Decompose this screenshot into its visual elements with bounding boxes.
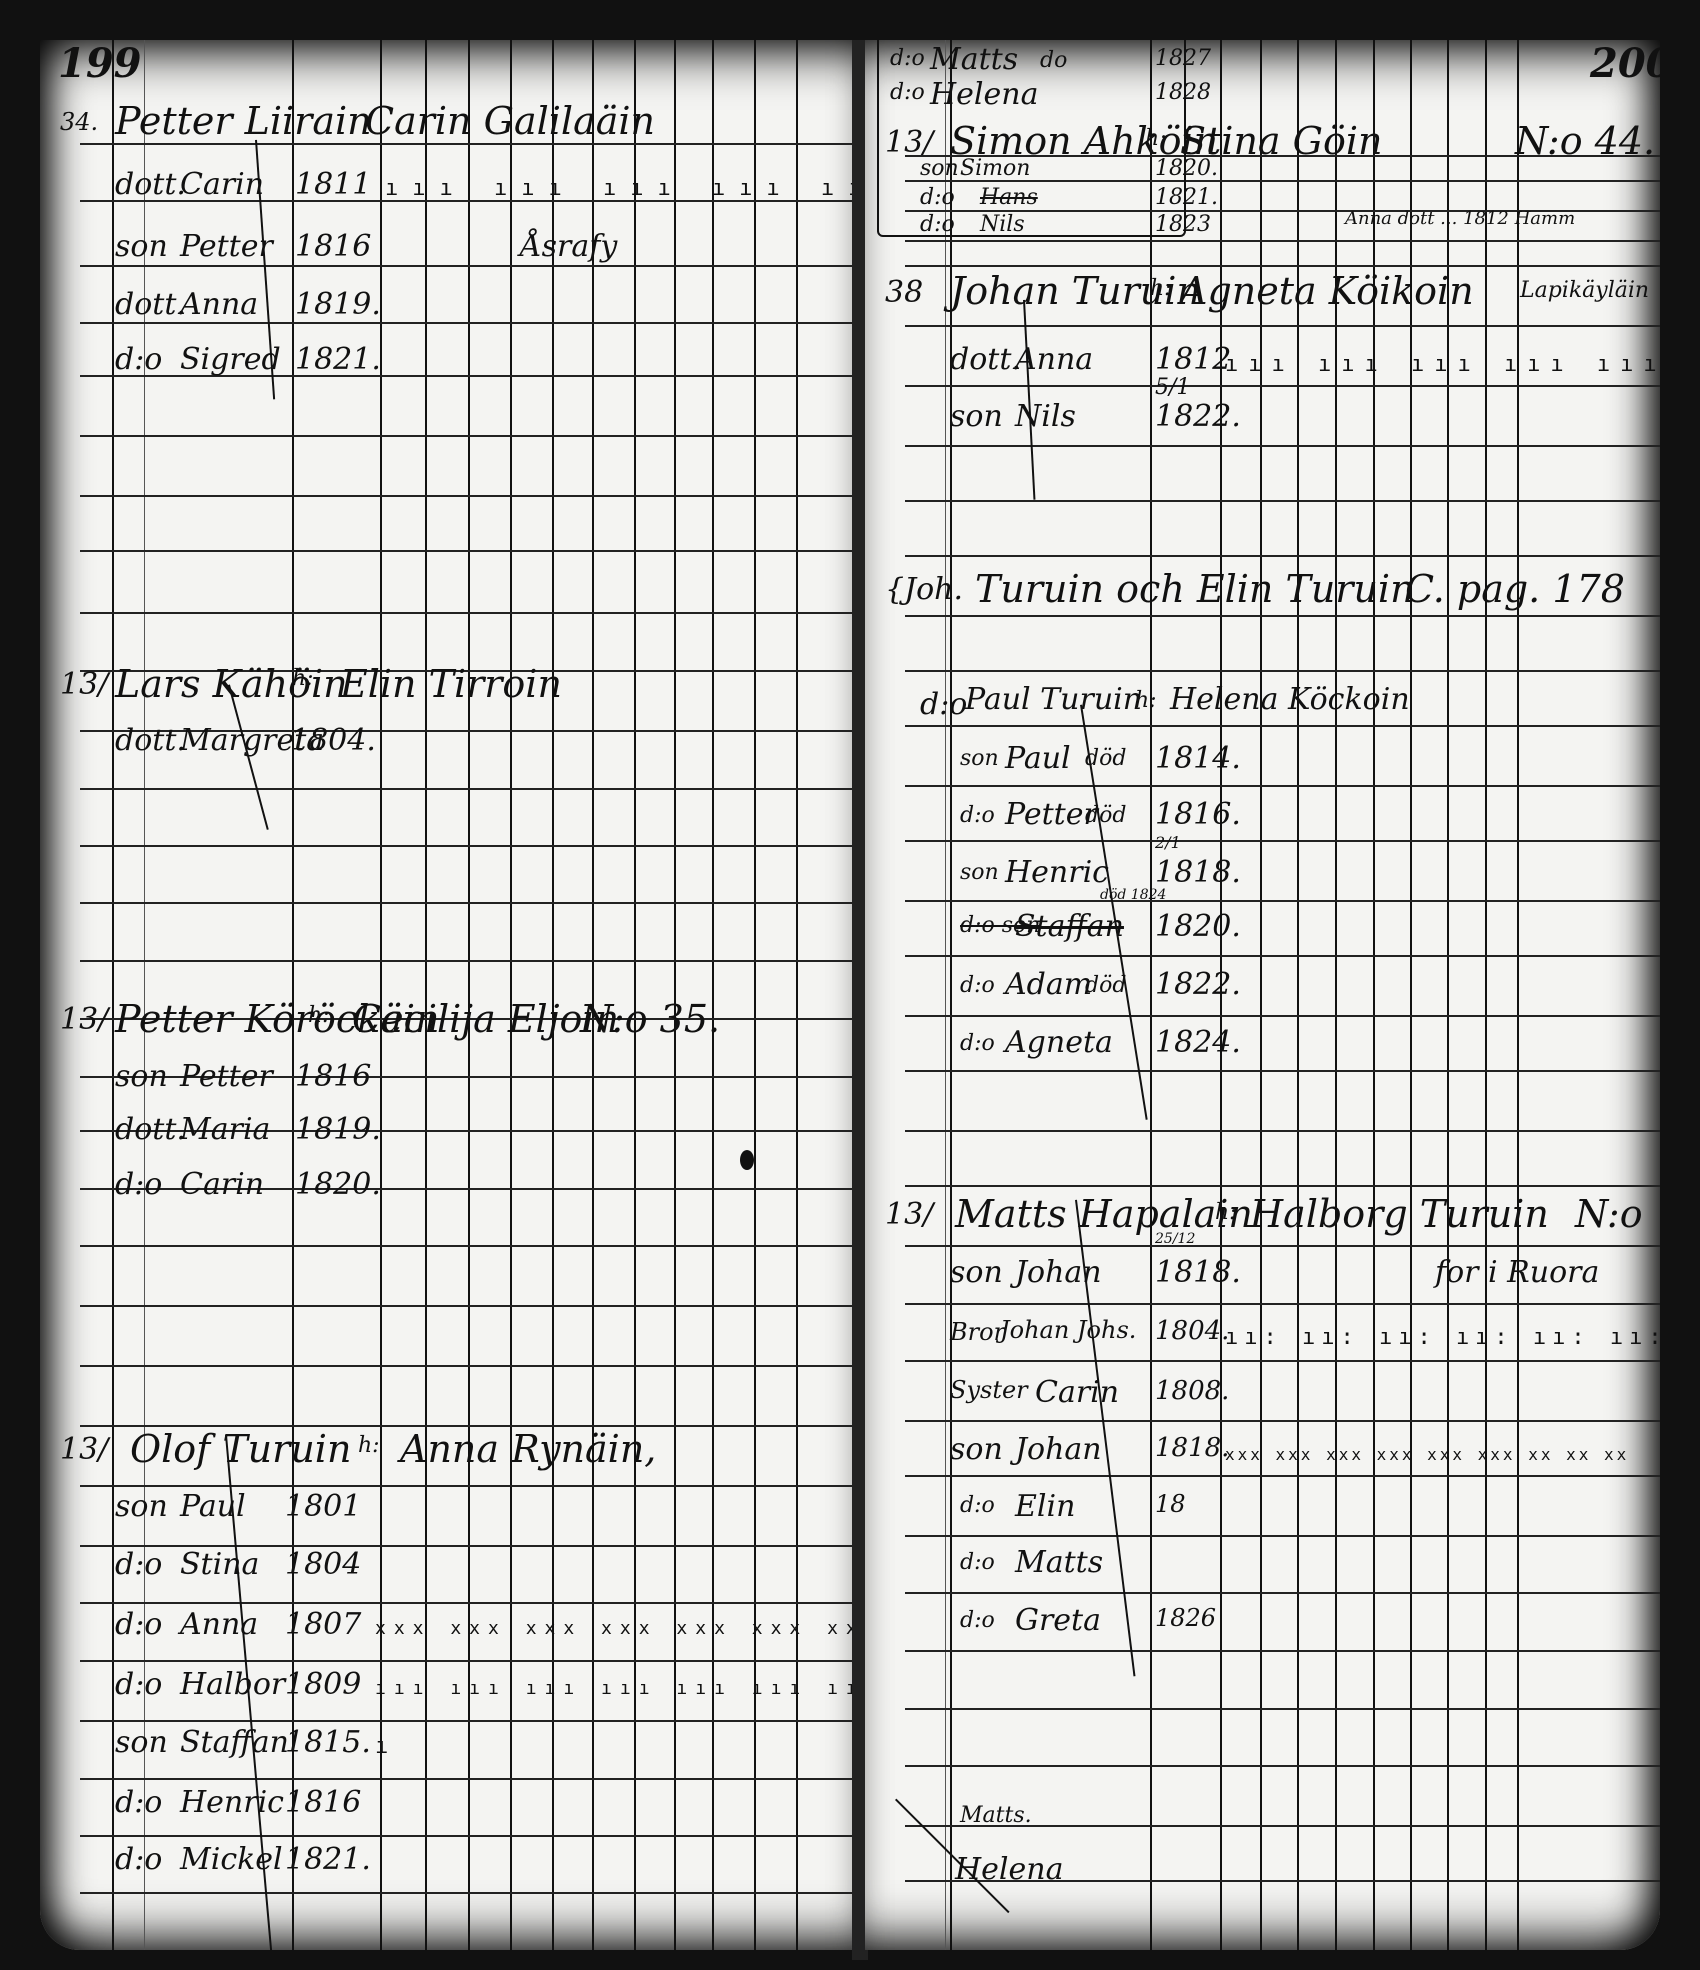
member-relation: d:o [960,975,995,997]
household-marker: 13/ [60,1435,108,1465]
column-rule [468,40,470,1950]
column-rule [510,40,512,1950]
member-relation: son [960,862,999,884]
page-number: 199 [58,40,142,87]
spouse-prefix: h: [292,668,314,690]
household-note: Lapikäyläin [1520,280,1649,302]
member-year: 1816 [295,1062,371,1092]
member-name: Elin [1015,1492,1075,1522]
member-year: 1821. [1155,187,1218,209]
member-name: Agneta [1005,1028,1113,1058]
household-head: Olof Turuin [130,1430,351,1468]
spouse-prefix: h: [1135,690,1157,712]
household-spouse: Cecilija Eljoin [352,1000,619,1038]
member-relation: son [115,232,168,262]
member-year: 1809 [285,1670,361,1700]
household-marker: 13/ [60,1005,108,1035]
member-relation: d:o [115,1845,162,1875]
footer-name: Helena [955,1855,1063,1885]
tally-marks: xxx xxx xxx xxx xxx xxx xxx ııı [375,1618,855,1639]
column-rule [796,40,798,1950]
member-relation: d:o [960,1033,995,1055]
member-relation: dott. [115,290,186,320]
member-note: Åsrafy [520,232,617,262]
column-rule [754,40,756,1950]
column-rule [112,40,114,1950]
member-fraction: 5/1 [1155,377,1190,399]
member-name: Matts [1015,1548,1103,1578]
member-fraction: 25/12 [1155,1232,1195,1246]
reference-marker: {Joh. [885,575,963,605]
member-name: Sigred [180,345,281,375]
household-marker: 34. [60,110,98,134]
member-year: 1804. [1155,1318,1229,1344]
member-name: Staffan [180,1728,289,1758]
member-year: 1819. [295,1115,381,1145]
member-year: 1804. [290,726,376,756]
member-name: Johan [1015,1258,1102,1288]
member-relation: d:o [115,1550,162,1580]
column-rule [144,40,145,1950]
member-relation: dott. [115,170,186,200]
member-name: Petter [180,232,273,262]
member-relation: son [950,1258,1003,1288]
household-number: N:o 44. [1515,122,1655,160]
tally-marks: ııı ııı ııı ııı ııı ııı ıı ıı [385,176,855,201]
member-relation: son [920,158,959,180]
left-page: 199 34. Petter Liirain Carin Galilaäin d… [40,40,855,1950]
member-relation: d:o [960,1552,995,1574]
member-name: Stina [180,1550,259,1580]
household-spouse: Stina Göin [1180,122,1383,160]
column-rule [592,40,594,1950]
member-relation: dott. [115,726,186,756]
member-year: 1818. [1155,1435,1229,1461]
member-year: 1815. [285,1728,371,1758]
member-year: 1804 [285,1550,361,1580]
member-relation: d:o [960,1495,995,1517]
member-year: 18 [1155,1492,1186,1516]
member-year: 1808. [1155,1378,1229,1404]
column-rule [712,40,714,1950]
member-name: Johan [1015,1435,1102,1465]
member-name: Greta [1015,1606,1101,1636]
column-rule [292,40,294,1950]
member-year: 1807 [285,1610,361,1640]
member-year: 1819. [295,290,381,320]
tally-marks: xxx xxx xxx xxx xxx xxx xx xx xx [1225,1445,1629,1464]
spouse-prefix: h: [1215,1202,1237,1224]
household-head: Simon Ahköin [950,122,1218,160]
member-year: 1811 [295,170,371,200]
member-name: Henric [1005,858,1109,888]
column-rule [380,40,382,1950]
member-relation: d:o [920,214,955,236]
member-year: 1822. [1155,970,1241,1000]
member-year: 1827 [1155,48,1211,70]
member-year: 1818. [1155,858,1241,888]
member-relation: d:o [960,805,995,827]
household-head: Petter Liirain [115,102,372,140]
household-spouse: Halborg Turuin [1250,1195,1549,1233]
member-relation: son [950,1435,1003,1465]
member-relation: Bror [950,1320,1005,1344]
member-year: 1822. [1155,402,1241,432]
member-year: 1821. [295,345,381,375]
household-number: N:o 35. [580,1000,720,1038]
member-relation: d:o [115,1610,162,1640]
member-name: Matts [930,45,1018,75]
member-name: Anna [180,290,258,320]
member-year: 1816 [285,1788,361,1818]
member-relation: d:o [115,1788,162,1818]
member-year: 1812 [1155,345,1231,375]
tally-marks: ııı ııı ııı ııı ııı ııı ııı ::: :: [1225,352,1660,377]
member-name: Paul [1005,744,1071,774]
member-relation: dott. [950,345,1021,375]
member-note: död [1085,975,1126,997]
member-relation: son [115,1492,168,1522]
member-year: 1816. [1155,800,1241,830]
member-year: 1814. [1155,744,1241,774]
household-marker: 13/ [885,128,933,158]
household-spouse: Agneta Köikoin [1180,272,1474,310]
household-spouse: Anna Rynäin, [400,1430,656,1468]
member-relation: son [115,1728,168,1758]
spouse-prefix: h: [1150,278,1172,300]
member-year: 1820. [1155,158,1218,180]
member-year: 1820. [1155,912,1241,942]
member-name: Nils [980,214,1025,236]
member-name: Hans [980,187,1038,209]
page-number: 200 [1590,40,1660,87]
member-year: 1828 [1155,82,1211,104]
member-relation: son [115,1062,168,1092]
member-name: Henric [180,1788,284,1818]
member-relation: dott. [115,1115,186,1145]
page-reference: C. pag. 178 [1405,570,1625,608]
spouse-prefix: h: [308,1005,330,1027]
column-rule [674,40,676,1950]
member-year: 1821. [285,1845,371,1875]
member-name: Helena [930,80,1038,110]
member-year: 1820. [295,1170,381,1200]
member-relation: d:o [920,187,955,209]
household-spouse: Elin Tirroin [340,665,562,703]
spouse-prefix: h: [358,1435,380,1457]
member-name: Anna [180,1610,258,1640]
member-year: 1824. [1155,1028,1241,1058]
member-name: Paul [180,1492,246,1522]
member-relation: d:o [890,82,925,104]
member-name: Staffan [1015,912,1124,942]
member-note: for i Ruora [1435,1258,1599,1288]
spouse-prefix: h: [1145,128,1167,150]
member-note: do [1040,50,1067,72]
member-name: Johan Johs. [1000,1318,1136,1342]
household-spouse: Helena Köckoin [1170,685,1410,715]
member-name: Carin [180,170,264,200]
register-spread: 199 34. Petter Liirain Carin Galilaäin d… [0,0,1700,1970]
member-year: 1801 [285,1492,361,1522]
overline-note: Anna dott ... 1812 Hamm [1345,210,1575,228]
household-marker: 38 [885,278,923,308]
member-relation: d:o [115,345,162,375]
member-year: 1823 [1155,214,1211,236]
member-relation: d:o [960,1610,995,1632]
household-spouse: Carin Galilaäin [365,102,655,140]
member-year: 1818. [1155,1258,1241,1288]
footer-name: Matts. [960,1805,1032,1827]
member-name: Maria [180,1115,270,1145]
member-name: Petter [180,1062,273,1092]
column-rule [634,40,636,1950]
member-name: Nils [1015,402,1076,432]
member-relation: d:o [115,1670,162,1700]
household-marker: 13/ [60,670,108,700]
column-rule [425,40,427,1950]
member-year: 1816 [295,232,371,262]
member-fraction: 2/1 [1155,835,1181,851]
right-page: 200 d:o Matts do 1827 d:o Helena 1828 13… [865,40,1660,1950]
member-name: Petter [1005,800,1098,830]
household-head: Matts Hapalain [955,1195,1253,1233]
reference-text: Turuin och Elin Turuin [975,570,1415,608]
column-rule [552,40,554,1950]
member-name: Simon [960,158,1030,180]
tally-marks: ı [375,1734,402,1759]
member-note: död [1085,805,1126,827]
member-name: Adam [1005,970,1092,1000]
member-relation: son [960,748,999,770]
ink-blot [740,1150,754,1170]
member-relation: Syster [950,1378,1028,1402]
household-number: N:o [1575,1195,1643,1233]
member-name: Carin [180,1170,264,1200]
member-relation: d:o [115,1170,162,1200]
member-year: 1826 [1155,1606,1216,1630]
household-marker: d:o [920,690,967,720]
tally-marks: ıı: ıı: ıı: ıı: ıı: ıı: [1225,1325,1660,1350]
member-name: Halbor [180,1670,285,1700]
member-name: Carin [1035,1378,1119,1408]
member-relation: son [950,402,1003,432]
member-relation: d:o [890,48,925,70]
member-name: Mickel [180,1845,283,1875]
tally-marks: ııı ııı ııı ııı ııı ııı ııı ııı [375,1678,855,1699]
household-marker: 13/ [885,1200,933,1230]
household-head: Paul Turuin [965,685,1142,715]
